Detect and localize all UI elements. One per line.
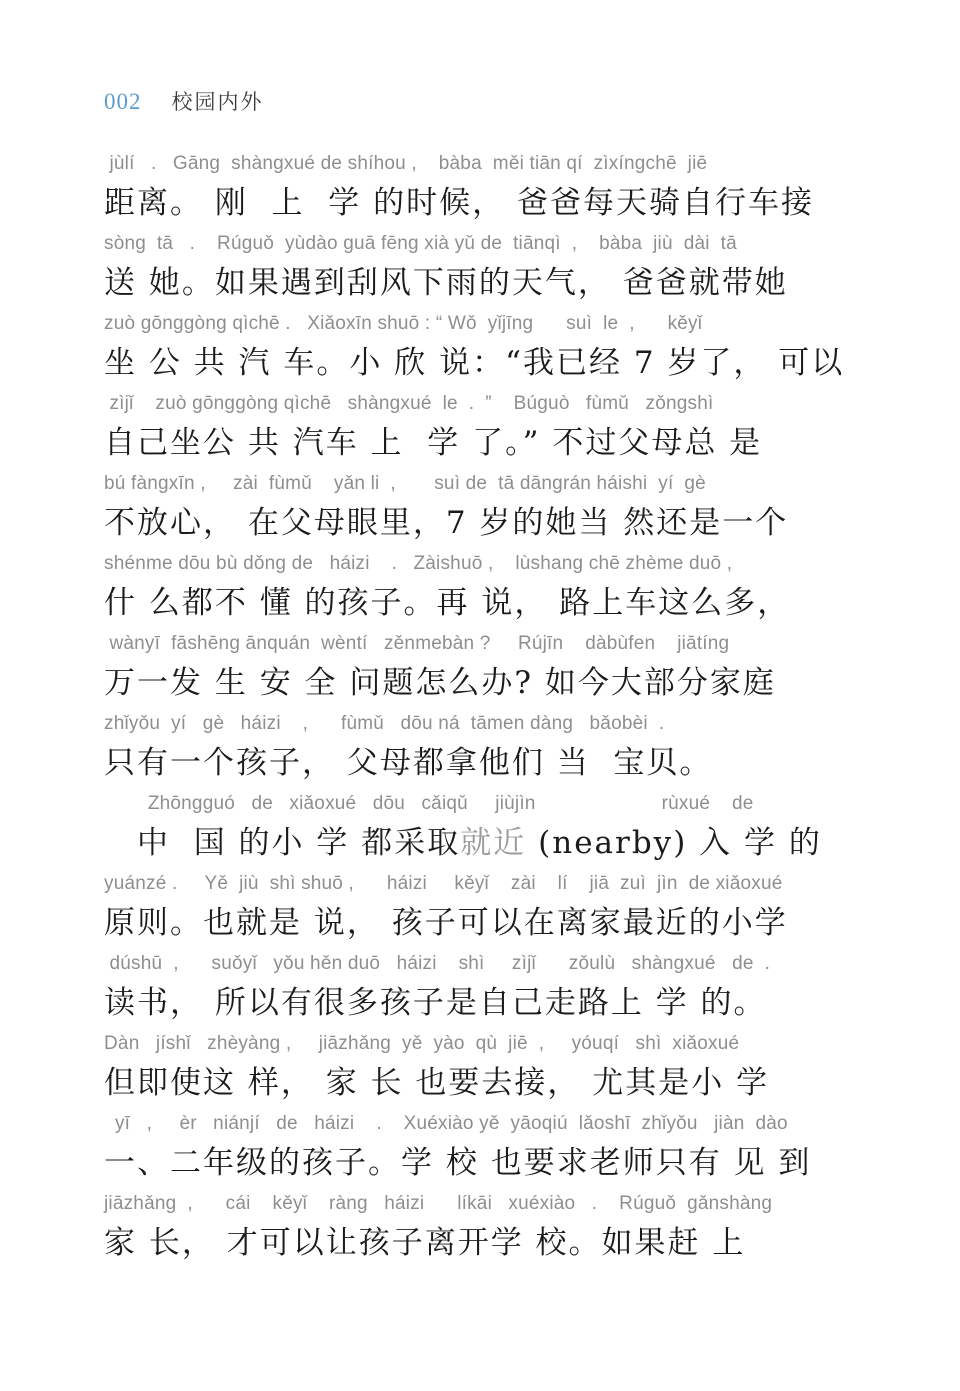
pinyin-line: dúshū , suǒyǐ yǒu hěn duō háizi shì zìjǐ… — [104, 950, 870, 977]
hanzi-line: 距离。 刚 上 学 的时候， 爸爸每天骑自行车接 — [104, 177, 870, 230]
text-line-pair: jùlí . Gāng shàngxué de shíhou , bàba mě… — [104, 150, 870, 230]
hanzi-line: 不放心， 在父母眼里，7 岁的她当 然还是一个 — [104, 497, 870, 550]
pinyin-line: yuánzé . Yě jiù shì shuō , háizi kěyǐ zà… — [104, 870, 870, 897]
hanzi-line: 一、二年级的孩子。学 校 也要求老师只有 见 到 — [104, 1137, 870, 1190]
hanzi-line: 送 她。如果遇到刮风下雨的天气， 爸爸就带她 — [104, 257, 870, 310]
hanzi-line: 但即使这 样， 家 长 也要去接， 尤其是小 学 — [104, 1057, 870, 1110]
text-line-pair: shénme dōu bù dǒng de háizi . Zàishuō , … — [104, 550, 870, 630]
pinyin-line: zuò gōnggòng qìchē . Xiǎoxīn shuō : “ Wǒ… — [104, 310, 870, 337]
pinyin-line: shénme dōu bù dǒng de háizi . Zàishuō , … — [104, 550, 870, 577]
hanzi-line: 家 长， 才可以让孩子离开学 校。如果赶 上 — [104, 1217, 870, 1270]
pinyin-line: zhǐyǒu yí gè háizi , fùmǔ dōu ná tāmen d… — [104, 710, 870, 737]
text-line-pair: wànyī fāshēng ānquán wèntí zěnmebàn ? Rú… — [104, 630, 870, 710]
textbook-page: 002 校园内外 jùlí . Gāng shàngxué de shíhou … — [0, 0, 960, 1391]
text-line-pair: zhǐyǒu yí gè háizi , fùmǔ dōu ná tāmen d… — [104, 710, 870, 790]
text-line-pair: yī , èr niánjí de háizi . Xuéxiào yě yāo… — [104, 1110, 870, 1190]
lesson-text: jùlí . Gāng shàngxué de shíhou , bàba mě… — [104, 150, 870, 1270]
text-line-pair: sòng tā . Rúguǒ yùdào guā fēng xià yǔ de… — [104, 230, 870, 310]
text-line-pair: dúshū , suǒyǐ yǒu hěn duō háizi shì zìjǐ… — [104, 950, 870, 1030]
hanzi-text-segment: 中 国 的小 学 都采取 — [104, 825, 460, 861]
hanzi-text-segment: (nearby) 入 学 的 — [526, 825, 822, 861]
pinyin-line: jiāzhǎng , cái kěyǐ ràng háizi líkāi xué… — [104, 1190, 870, 1217]
text-line-pair: zìjǐ zuò gōnggòng qìchē shàngxué le . ” … — [104, 390, 870, 470]
pinyin-line: jùlí . Gāng shàngxué de shíhou , bàba mě… — [104, 150, 870, 177]
pinyin-line: sòng tā . Rúguǒ yùdào guā fēng xià yǔ de… — [104, 230, 870, 257]
text-line-pair: yuánzé . Yě jiù shì shuō , háizi kěyǐ zà… — [104, 870, 870, 950]
chapter-title: 校园内外 — [172, 86, 264, 116]
text-line-pair: zuò gōnggòng qìchē . Xiǎoxīn shuō : “ Wǒ… — [104, 310, 870, 390]
page-number: 002 — [104, 89, 142, 115]
page-header: 002 校园内外 — [104, 86, 264, 116]
hanzi-line: 什 么都不 懂 的孩子。再 说， 路上车这么多， — [104, 577, 870, 630]
pinyin-line: bú fàngxīn , zài fùmǔ yǎn li , suì de tā… — [104, 470, 870, 497]
pinyin-line: Zhōngguó de xiǎoxué dōu cǎiqǔ jiùjìn rùx… — [104, 790, 870, 817]
hanzi-line: 万一发 生 安 全 问题怎么办? 如今大部分家庭 — [104, 657, 870, 710]
hanzi-line: 坐 公 共 汽 车。小 欣 说：“我已经 7 岁了， 可以 — [104, 337, 870, 390]
text-line-pair: Zhōngguó de xiǎoxué dōu cǎiqǔ jiùjìn rùx… — [104, 790, 870, 870]
hanzi-line: 只有一个孩子， 父母都拿他们 当 宝贝。 — [104, 737, 870, 790]
hanzi-line: 原则。也就是 说， 孩子可以在离家最近的小学 — [104, 897, 870, 950]
hanzi-line: 自己坐公 共 汽车 上 学 了。” 不过父母总 是 — [104, 417, 870, 470]
pinyin-line: zìjǐ zuò gōnggòng qìchē shàngxué le . ” … — [104, 390, 870, 417]
hanzi-line: 中 国 的小 学 都采取就近 (nearby) 入 学 的 — [104, 817, 870, 870]
text-line-pair: bú fàngxīn , zài fùmǔ yǎn li , suì de tā… — [104, 470, 870, 550]
vocab-highlight: 就近 — [460, 825, 526, 861]
pinyin-line: wànyī fāshēng ānquán wèntí zěnmebàn ? Rú… — [104, 630, 870, 657]
pinyin-line: Dàn jíshǐ zhèyàng , jiāzhǎng yě yào qù j… — [104, 1030, 870, 1057]
pinyin-line: yī , èr niánjí de háizi . Xuéxiào yě yāo… — [104, 1110, 870, 1137]
text-line-pair: Dàn jíshǐ zhèyàng , jiāzhǎng yě yào qù j… — [104, 1030, 870, 1110]
hanzi-line: 读书， 所以有很多孩子是自己走路上 学 的。 — [104, 977, 870, 1030]
text-line-pair: jiāzhǎng , cái kěyǐ ràng háizi líkāi xué… — [104, 1190, 870, 1270]
